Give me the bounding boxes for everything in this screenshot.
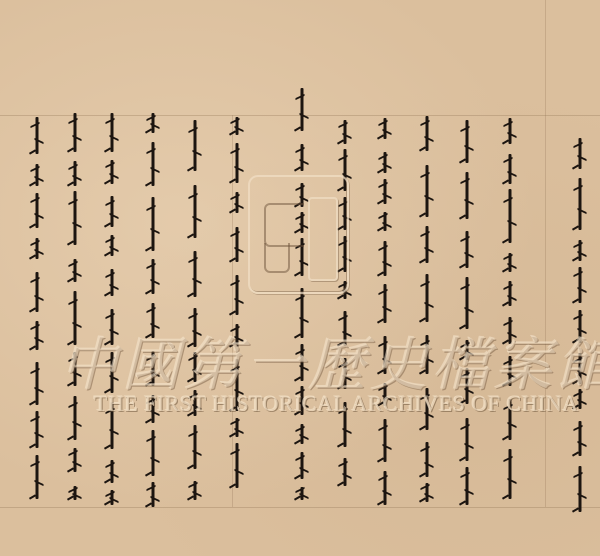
logo-stroke [264,203,304,247]
script-word [579,267,582,303]
watermark-english: THE FIRST HISTORICAL ARCHIVES OF CHINA [94,391,544,417]
script-word [111,490,114,505]
script-word [509,154,512,184]
script-word [384,241,387,276]
script-word [579,421,582,456]
script-word [194,425,197,469]
script-word [344,458,347,486]
script-word [301,452,304,479]
ruling-line-right-margin [545,0,546,507]
ruling-line-bottom [0,507,600,508]
script-word [466,467,469,505]
script-word [74,113,77,152]
script-word [236,443,239,488]
script-word [426,116,429,151]
script-word [111,196,114,227]
script-word [36,321,39,350]
script-word [466,418,469,461]
script-word [111,113,114,152]
script-word [36,272,39,312]
script-word [579,466,582,512]
script-word [74,486,77,500]
script-word [236,275,239,315]
script-word [194,185,197,238]
script-word [384,471,387,505]
script-word [74,191,77,245]
script-word [301,487,304,500]
script-word [111,269,114,296]
script-word [194,251,197,297]
script-word [384,419,387,462]
script-word [301,88,304,131]
logo-stroke [308,197,338,281]
script-word [236,143,239,183]
archive-seal-logo-icon [248,175,349,294]
script-word [152,142,155,186]
script-word [36,411,39,448]
logo-stroke [264,243,290,273]
script-word [579,138,582,169]
script-word [509,449,512,499]
script-word [301,144,304,171]
script-word [466,172,469,219]
script-word [36,117,39,154]
script-word [152,259,155,294]
script-word [426,226,429,263]
script-word [152,197,155,251]
script-word [74,396,77,440]
script-word [36,362,39,405]
script-word [426,274,429,322]
script-word [236,227,239,262]
script-word [152,430,155,476]
script-word [466,231,469,268]
script-word [236,117,239,135]
script-word [579,178,582,230]
script-word [466,120,469,163]
script-word [426,442,429,477]
script-word [509,189,512,243]
script-word [194,120,197,171]
manuscript-page: 中國第一歷史檔案館 THE FIRST HISTORICAL ARCHIVES … [0,0,600,556]
script-word [426,165,429,217]
script-word [36,455,39,499]
watermark-chinese: 中國第一歷史檔案館 [60,318,540,402]
script-word [36,193,39,228]
